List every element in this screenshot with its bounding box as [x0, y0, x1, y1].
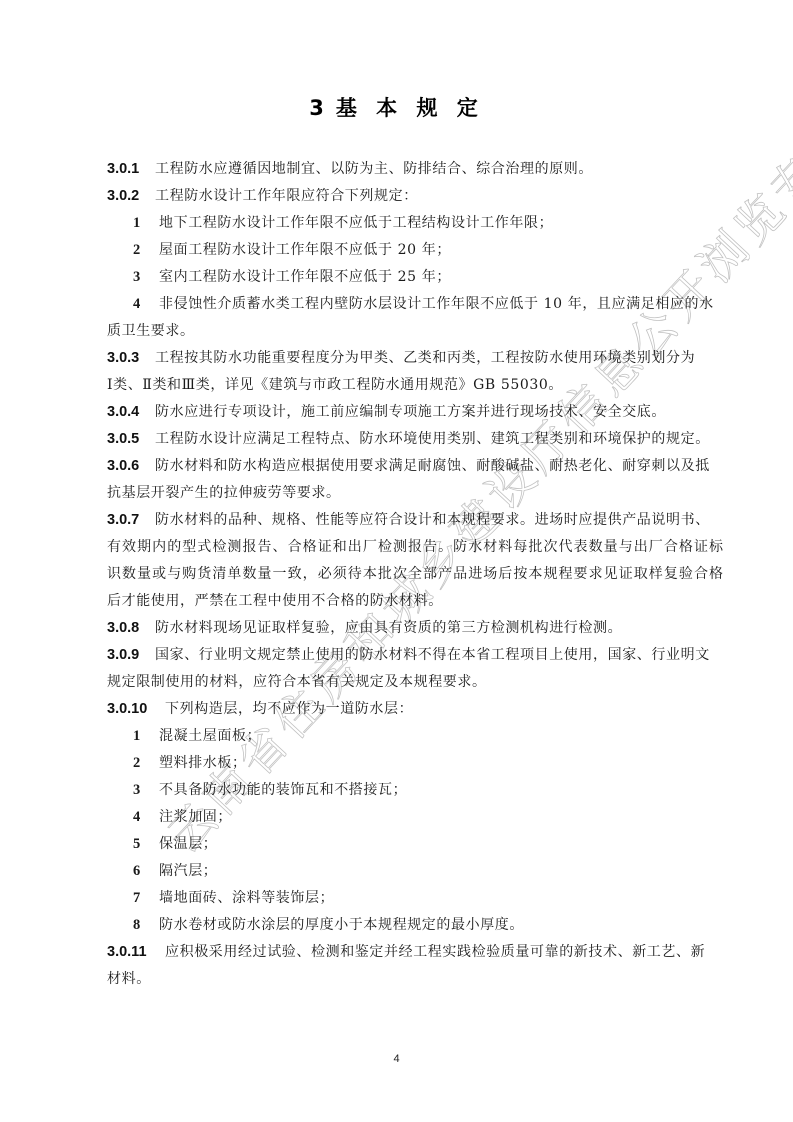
clause-3-0-6: 3.0.6防水材料和防水构造应根据使用要求满足耐腐蚀、耐酸碱盐、耐热老化、耐穿刺…	[107, 453, 679, 480]
list-item: 6隔汽层；	[107, 858, 679, 885]
clause-text: 应积极采用经过试验、检测和鉴定并经工程实践检验质量可靠的新技术、新工艺、新	[165, 944, 705, 960]
list-item: 2塑料排水板；	[107, 750, 679, 777]
clause-3-0-8: 3.0.8防水材料现场见证取样复验，应由具有资质的第三方检测机构进行检测。	[107, 615, 679, 642]
continuation-line: 抗基层开裂产生的拉伸疲劳等要求。	[107, 480, 679, 507]
clause-text-continued: 规定限制使用的材料，应符合本省有关规定及本规程要求。	[107, 674, 487, 690]
clause-3-0-9: 3.0.9国家、行业明文规定禁止使用的防水材料不得在本省工程项目上使用，国家、行…	[107, 642, 679, 669]
clause-number: 3.0.10	[107, 696, 165, 723]
item-number: 8	[107, 912, 159, 939]
item-number: 3	[107, 777, 159, 804]
continuation-line: 识数量或与购货清单数量一致，必须待本批次全部产品进场后按本规程要求见证取样复验合…	[107, 561, 679, 588]
clause-number: 3.0.8	[107, 615, 155, 642]
item-text: 塑料排水板；	[159, 755, 247, 771]
clause-text: 防水材料现场见证取样复验，应由具有资质的第三方检测机构进行检测。	[155, 620, 622, 636]
clause-number: 3.0.4	[107, 399, 155, 426]
clause-number: 3.0.11	[107, 939, 165, 966]
clause-number: 3.0.9	[107, 642, 155, 669]
list-item: 7墙地面砖、涂料等装饰层；	[107, 885, 679, 912]
clause-text: 防水材料和防水构造应根据使用要求满足耐腐蚀、耐酸碱盐、耐热老化、耐穿刺以及抵	[155, 458, 710, 474]
list-item: 3室内工程防水设计工作年限不应低于 25 年；	[107, 264, 679, 291]
clause-text-continued: 识数量或与购货清单数量一致，必须待本批次全部产品进场后按本规程要求见证取样复验合…	[107, 566, 724, 582]
item-text: 隔汽层；	[159, 863, 217, 879]
item-text-continued: 质卫生要求。	[107, 323, 195, 339]
list-item: 1混凝土屋面板；	[107, 723, 679, 750]
chapter-body: 3.0.1工程防水应遵循因地制宜、以防为主、防排结合、综合治理的原则。 3.0.…	[107, 156, 679, 993]
chapter-title-text: 基 本 规 定	[336, 96, 484, 120]
clause-3-0-10: 3.0.10下列构造层，均不应作为一道防水层：	[107, 696, 679, 723]
clause-text-continued: 有效期内的型式检测报告、合格证和出厂检测报告。防水材料每批次代表数量与出厂合格证…	[107, 539, 724, 555]
clause-text-continued: Ⅰ类、Ⅱ类和Ⅲ类，详见《建筑与市政工程防水通用规范》GB 55030。	[107, 377, 563, 393]
clause-text: 工程防水设计应满足工程特点、防水环境使用类别、建筑工程类别和环境保护的规定。	[155, 431, 710, 447]
item-text: 保温层；	[159, 836, 217, 852]
clause-number: 3.0.2	[107, 183, 155, 210]
continuation-line: 有效期内的型式检测报告、合格证和出厂检测报告。防水材料每批次代表数量与出厂合格证…	[107, 534, 679, 561]
list-item: 8防水卷材或防水涂层的厚度小于本规程规定的最小厚度。	[107, 912, 679, 939]
item-text: 非侵蚀性介质蓄水类工程内壁防水层设计工作年限不应低于 10 年，且应满足相应的水	[159, 296, 714, 312]
continuation-line: 规定限制使用的材料，应符合本省有关规定及本规程要求。	[107, 669, 679, 696]
item-text: 墙地面砖、涂料等装饰层；	[159, 890, 334, 906]
clause-number: 3.0.3	[107, 345, 155, 372]
clause-text: 防水材料的品种、规格、性能等应符合设计和本规程要求。进场时应提供产品说明书、	[155, 512, 710, 528]
list-item: 3不具备防水功能的装饰瓦和不搭接瓦；	[107, 777, 679, 804]
item-number: 6	[107, 858, 159, 885]
page-number: 4	[0, 1053, 793, 1065]
list-item: 4注浆加固；	[107, 804, 679, 831]
document-page: 云南省住房和城乡建设厅信息公开浏览专用 3基 本 规 定 3.0.1工程防水应遵…	[0, 0, 793, 1122]
list-item: 2屋面工程防水设计工作年限不应低于 20 年；	[107, 237, 679, 264]
clause-text: 工程防水设计工作年限应符合下列规定：	[155, 188, 418, 204]
clause-text: 工程按其防水功能重要程度分为甲类、乙类和丙类，工程按防水使用环境类别划分为	[155, 350, 695, 366]
item-number: 2	[107, 237, 159, 264]
item-number: 7	[107, 885, 159, 912]
clause-text-continued: 材料。	[107, 971, 151, 987]
clause-text: 国家、行业明文规定禁止使用的防水材料不得在本省工程项目上使用，国家、行业明文	[155, 647, 710, 663]
chapter-number: 3	[309, 96, 324, 120]
clause-number: 3.0.5	[107, 426, 155, 453]
clause-3-0-4: 3.0.4防水应进行专项设计，施工前应编制专项施工方案并进行现场技术、安全交底。	[107, 399, 679, 426]
clause-text-continued: 抗基层开裂产生的拉伸疲劳等要求。	[107, 485, 341, 501]
item-text: 混凝土屋面板；	[159, 728, 261, 744]
continuation-line: 材料。	[107, 966, 679, 993]
clause-3-0-11: 3.0.11应积极采用经过试验、检测和鉴定并经工程实践检验质量可靠的新技术、新工…	[107, 939, 679, 966]
item-text: 室内工程防水设计工作年限不应低于 25 年；	[159, 269, 451, 285]
continuation-line: 后才能使用，严禁在工程中使用不合格的防水材料。	[107, 588, 679, 615]
clause-3-0-3: 3.0.3工程按其防水功能重要程度分为甲类、乙类和丙类，工程按防水使用环境类别划…	[107, 345, 679, 372]
clause-3-0-2: 3.0.2工程防水设计工作年限应符合下列规定：	[107, 183, 679, 210]
chapter-title: 3基 本 规 定	[0, 92, 793, 122]
clause-number: 3.0.7	[107, 507, 155, 534]
item-text: 不具备防水功能的装饰瓦和不搭接瓦；	[159, 782, 407, 798]
item-text: 注浆加固；	[159, 809, 232, 825]
continuation-line: 质卫生要求。	[107, 318, 679, 345]
clause-text: 下列构造层，均不应作为一道防水层：	[165, 701, 413, 717]
item-text: 防水卷材或防水涂层的厚度小于本规程规定的最小厚度。	[159, 917, 524, 933]
clause-text: 防水应进行专项设计，施工前应编制专项施工方案并进行现场技术、安全交底。	[155, 404, 666, 420]
item-number: 1	[107, 723, 159, 750]
list-item: 1地下工程防水设计工作年限不应低于工程结构设计工作年限；	[107, 210, 679, 237]
clause-number: 3.0.1	[107, 156, 155, 183]
list-item: 4非侵蚀性介质蓄水类工程内壁防水层设计工作年限不应低于 10 年，且应满足相应的…	[107, 291, 679, 318]
clause-text-continued: 后才能使用，严禁在工程中使用不合格的防水材料。	[107, 593, 443, 609]
clause-3-0-5: 3.0.5工程防水设计应满足工程特点、防水环境使用类别、建筑工程类别和环境保护的…	[107, 426, 679, 453]
clause-text: 工程防水应遵循因地制宜、以防为主、防排结合、综合治理的原则。	[155, 161, 593, 177]
item-number: 4	[107, 804, 159, 831]
clause-3-0-7: 3.0.7防水材料的品种、规格、性能等应符合设计和本规程要求。进场时应提供产品说…	[107, 507, 679, 534]
item-number: 1	[107, 210, 159, 237]
item-number: 5	[107, 831, 159, 858]
item-text: 屋面工程防水设计工作年限不应低于 20 年；	[159, 242, 451, 258]
item-text: 地下工程防水设计工作年限不应低于工程结构设计工作年限；	[159, 215, 553, 231]
clause-3-0-1: 3.0.1工程防水应遵循因地制宜、以防为主、防排结合、综合治理的原则。	[107, 156, 679, 183]
item-number: 4	[107, 291, 159, 318]
item-number: 2	[107, 750, 159, 777]
list-item: 5保温层；	[107, 831, 679, 858]
clause-number: 3.0.6	[107, 453, 155, 480]
item-number: 3	[107, 264, 159, 291]
continuation-line: Ⅰ类、Ⅱ类和Ⅲ类，详见《建筑与市政工程防水通用规范》GB 55030。	[107, 372, 679, 399]
